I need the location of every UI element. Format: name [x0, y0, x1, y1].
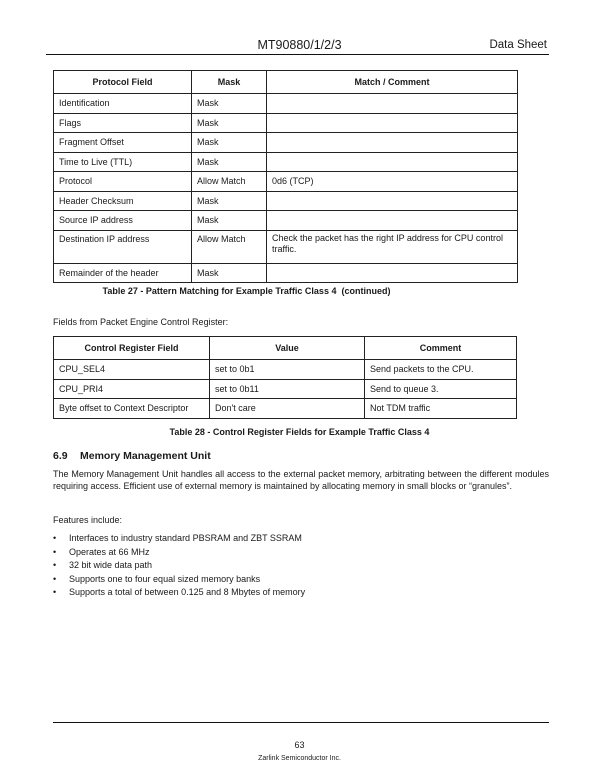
column-header: Match / Comment: [267, 71, 518, 94]
table-row: Protocol Allow Match 0d6 (TCP): [54, 172, 518, 192]
list-item: •Operates at 66 MHz: [53, 546, 305, 560]
cell-comment: [267, 152, 518, 172]
list-item-text: Operates at 66 MHz: [69, 547, 150, 557]
list-item: •Supports a total of between 0.125 and 8…: [53, 586, 305, 600]
table-row: Source IP address Mask: [54, 211, 518, 231]
cell-comment: Send to queue 3.: [365, 379, 517, 399]
table-header-row: Control Register Field Value Comment: [54, 337, 517, 360]
table-28-control-register: Control Register Field Value Comment CPU…: [53, 336, 517, 419]
column-header: Comment: [365, 337, 517, 360]
bullet-icon: •: [53, 586, 56, 600]
document-type: Data Sheet: [489, 39, 547, 51]
list-item-text: Interfaces to industry standard PBSRAM a…: [69, 533, 302, 543]
fields-intro-text: Fields from Packet Engine Control Regist…: [53, 317, 549, 329]
list-item: •Supports one to four equal sized memory…: [53, 573, 305, 587]
cell-mask: Mask: [192, 133, 267, 153]
cell-field: CPU_SEL4: [54, 360, 210, 380]
table-row: Remainder of the header Mask: [54, 263, 518, 283]
table-row: CPU_SEL4 set to 0b1 Send packets to the …: [54, 360, 517, 380]
list-item-text: Supports a total of between 0.125 and 8 …: [69, 587, 305, 597]
footer-company: Zarlink Semiconductor Inc.: [0, 755, 599, 762]
cell-mask: Allow Match: [192, 172, 267, 192]
column-header: Mask: [192, 71, 267, 94]
cell-field: Fragment Offset: [54, 133, 192, 153]
cell-field: Remainder of the header: [54, 263, 192, 283]
cell-comment: [267, 133, 518, 153]
table-row: Destination IP address Allow Match Check…: [54, 230, 518, 263]
cell-comment: [267, 113, 518, 133]
cell-comment: 0d6 (TCP): [267, 172, 518, 192]
cell-field: Byte offset to Context Descriptor: [54, 399, 210, 419]
section-title: Memory Management Unit: [80, 450, 211, 462]
cell-comment: [267, 191, 518, 211]
list-item-text: Supports one to four equal sized memory …: [69, 574, 260, 584]
table-row: Fragment Offset Mask: [54, 133, 518, 153]
list-item: •Interfaces to industry standard PBSRAM …: [53, 532, 305, 546]
cell-field: Time to Live (TTL): [54, 152, 192, 172]
cell-comment: [267, 263, 518, 283]
cell-value: set to 0b11: [210, 379, 365, 399]
table-27-caption: Table 27 - Pattern Matching for Example …: [0, 286, 546, 296]
table-row: CPU_PRI4 set to 0b11 Send to queue 3.: [54, 379, 517, 399]
table-row: Header Checksum Mask: [54, 191, 518, 211]
table-27-pattern-matching: Protocol Field Mask Match / Comment Iden…: [53, 70, 518, 283]
column-header: Control Register Field: [54, 337, 210, 360]
cell-mask: Allow Match: [192, 230, 267, 263]
cell-field: Flags: [54, 113, 192, 133]
table-28-caption: Table 28 - Control Register Fields for E…: [0, 427, 599, 437]
cell-mask: Mask: [192, 94, 267, 114]
cell-mask: Mask: [192, 191, 267, 211]
cell-value: Don't care: [210, 399, 365, 419]
cell-mask: Mask: [192, 263, 267, 283]
cell-comment: [267, 94, 518, 114]
table-row: Time to Live (TTL) Mask: [54, 152, 518, 172]
cell-comment: Check the packet has the right IP addres…: [267, 230, 518, 263]
features-intro-text: Features include:: [53, 515, 549, 527]
cell-value: set to 0b1: [210, 360, 365, 380]
header-rule: [46, 54, 549, 55]
cell-mask: Mask: [192, 152, 267, 172]
cell-comment: [267, 211, 518, 231]
footer-rule: [53, 722, 549, 723]
table-row: Identification Mask: [54, 94, 518, 114]
list-item: •32 bit wide data path: [53, 559, 305, 573]
cell-field: Source IP address: [54, 211, 192, 231]
table-row: Flags Mask: [54, 113, 518, 133]
bullet-icon: •: [53, 559, 56, 573]
bullet-icon: •: [53, 573, 56, 587]
cell-field: Protocol: [54, 172, 192, 192]
column-header: Value: [210, 337, 365, 360]
list-item-text: 32 bit wide data path: [69, 560, 152, 570]
cell-mask: Mask: [192, 211, 267, 231]
cell-field: Header Checksum: [54, 191, 192, 211]
bullet-icon: •: [53, 532, 56, 546]
cell-field: CPU_PRI4: [54, 379, 210, 399]
table-row: Byte offset to Context Descriptor Don't …: [54, 399, 517, 419]
cell-field: Identification: [54, 94, 192, 114]
features-list: •Interfaces to industry standard PBSRAM …: [53, 532, 305, 600]
cell-comment: Send packets to the CPU.: [365, 360, 517, 380]
section-paragraph: The Memory Management Unit handles all a…: [53, 469, 549, 492]
cell-field: Destination IP address: [54, 230, 192, 263]
section-number: 6.9: [53, 450, 80, 462]
page-number: 63: [0, 740, 599, 750]
section-heading: 6.9Memory Management Unit: [53, 450, 211, 462]
table-header-row: Protocol Field Mask Match / Comment: [54, 71, 518, 94]
column-header: Protocol Field: [54, 71, 192, 94]
bullet-icon: •: [53, 546, 56, 560]
cell-comment: Not TDM traffic: [365, 399, 517, 419]
cell-mask: Mask: [192, 113, 267, 133]
